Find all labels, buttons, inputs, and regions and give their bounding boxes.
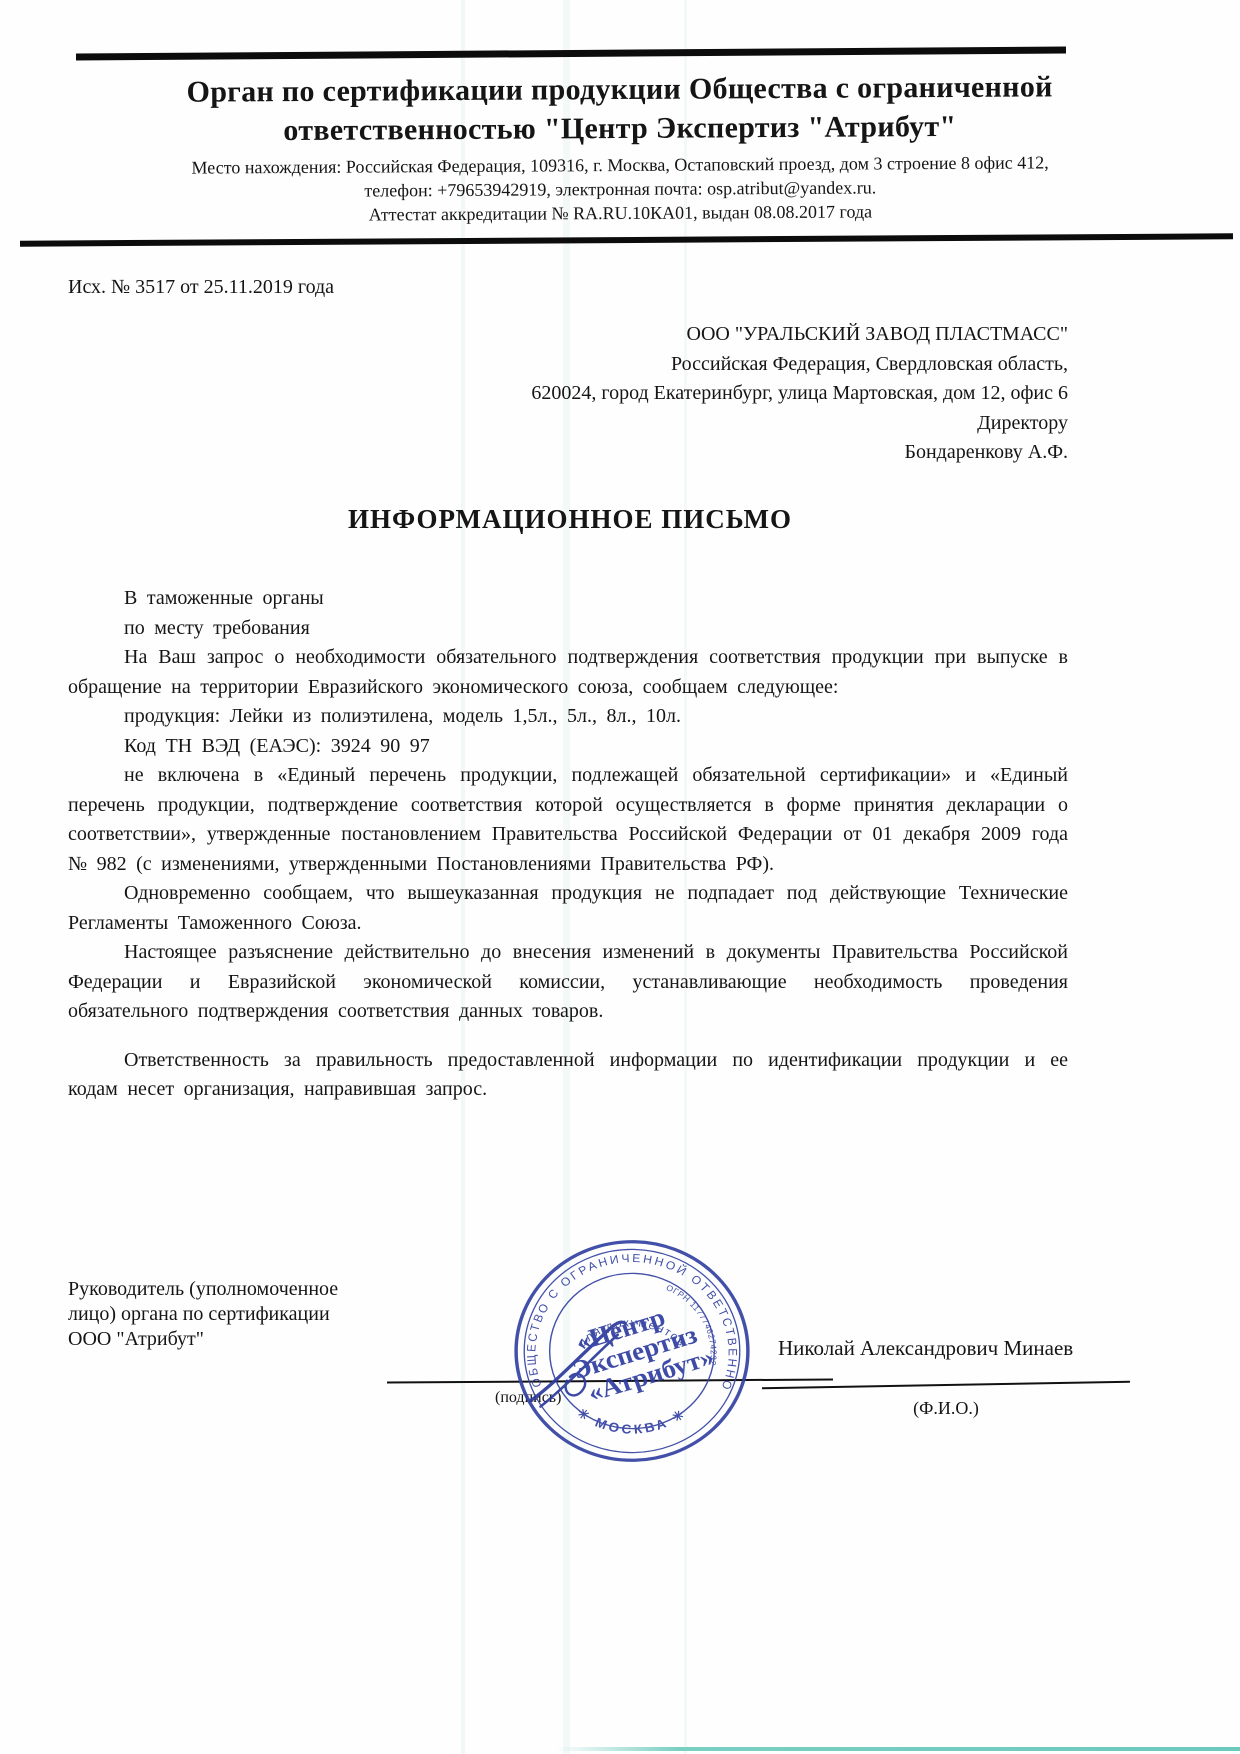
name-caption: (Ф.И.О.) (762, 1398, 1130, 1419)
body-paragraph: Ответственность за правильность предоста… (68, 1046, 1068, 1105)
recipient-person: Бондаренкову А.Ф. (300, 438, 1068, 468)
body-paragraph: На Ваш запрос о необходимости обязательн… (68, 643, 1068, 702)
scanned-letter-page: Орган по сертификации продукции Общества… (0, 0, 1240, 1754)
body-addressee-line: В таможенные органы (68, 584, 1068, 614)
document-title: ИНФОРМАЦИОННОЕ ПИСЬМО (70, 504, 1070, 535)
stamp-city-text: ✳ МОСКВА ✳ (574, 1405, 689, 1436)
stamp-graphic: ОБЩЕСТВО С ОГРАНИЧЕННОЙ ОТВЕТСТВЕННОСТЬЮ… (510, 1236, 754, 1466)
signatory-role-block: Руководитель (уполномоченное лицо) орган… (68, 1277, 338, 1352)
recipient-block: ООО "УРАЛЬСКИЙ ЗАВОД ПЛАСТМАСС" Российск… (300, 320, 1068, 468)
body-paragraph: Настоящее разъяснение действительно до в… (68, 938, 1068, 1027)
body-paragraph: Одновременно сообщаем, что вышеуказанная… (68, 879, 1068, 938)
org-title-line2: ответственностью "Центр Экспертиз "Атриб… (55, 106, 1185, 152)
recipient-position: Директору (300, 409, 1068, 439)
recipient-region: Российская Федерация, Свердловская облас… (300, 350, 1068, 380)
letterhead: Орган по сертификации продукции Общества… (55, 67, 1186, 229)
body-product-line: продукция: Лейки из полиэтилена, модель … (68, 702, 1068, 732)
signatory-org-line: ООО "Атрибут" (68, 1327, 338, 1352)
round-stamp: ОБЩЕСТВО С ОГРАНИЧЕННОЙ ОТВЕТСТВЕННОСТЬЮ… (510, 1236, 754, 1466)
letter-body: В таможенные органы по месту требования … (68, 584, 1068, 1105)
scan-edge-artifact (556, 1747, 1240, 1751)
letterhead-bottom-rule (20, 233, 1233, 246)
signatory-role-line: Руководитель (уполномоченное (68, 1277, 338, 1302)
body-tnved-code-line: Код ТН ВЭД (ЕАЭС): 3924 90 97 (68, 732, 1068, 762)
body-paragraph: не включена в «Единый перечень продукции… (68, 761, 1068, 879)
signatory-name: Николай Александрович Минаев (778, 1336, 1073, 1361)
body-addressee-line: по месту требования (68, 614, 1068, 644)
outgoing-reference: Исх. № 3517 от 25.11.2019 года (68, 276, 334, 299)
name-line (762, 1381, 1130, 1389)
signatory-role-line: лицо) органа по сертификации (68, 1302, 338, 1327)
letterhead-top-rule (76, 47, 1066, 61)
org-title-line1: Орган по сертификации продукции Общества… (55, 67, 1185, 113)
recipient-company: ООО "УРАЛЬСКИЙ ЗАВОД ПЛАСТМАСС" (300, 320, 1068, 350)
recipient-address: 620024, город Екатеринбург, улица Мартов… (300, 379, 1068, 409)
